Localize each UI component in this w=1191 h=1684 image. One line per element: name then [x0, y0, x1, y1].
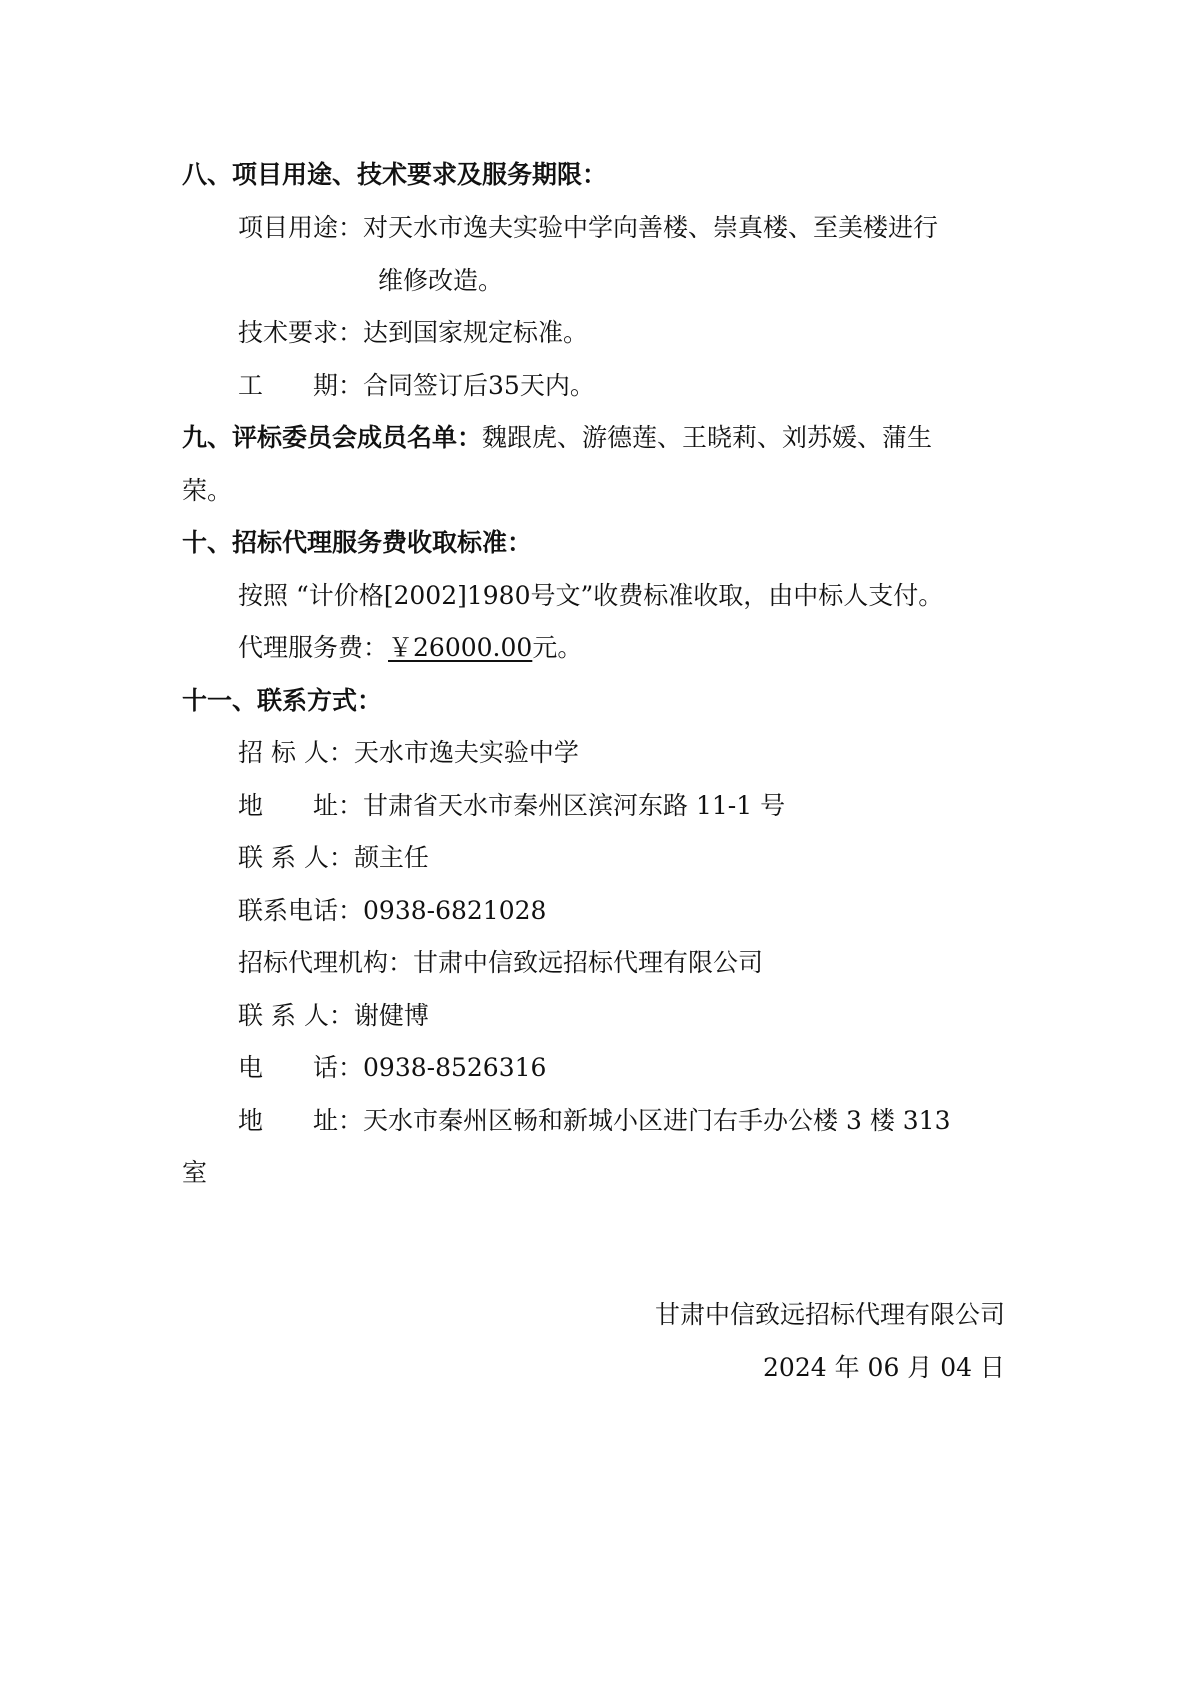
contact-label: 地 址：: [238, 1106, 363, 1135]
contact-value: 0938-8526316: [363, 1053, 546, 1082]
contact-label: 招标代理机构：: [238, 948, 413, 977]
signature-date: 2024 年 06 月 04 日: [763, 1353, 1005, 1383]
contact-row: 联 系 人：颉主任: [238, 843, 429, 873]
purpose-label: 项目用途：: [238, 213, 363, 242]
fee-suffix: 元。: [532, 633, 582, 662]
signature-company: 甘肃中信致远招标代理有限公司: [655, 1300, 1005, 1330]
contact-row: 地 址：天水市秦州区畅和新城小区进门右手办公楼 3 楼 313: [238, 1106, 950, 1136]
contact-value: 天水市逸夫实验中学: [354, 738, 579, 767]
period-value: 合同签订后35天内。: [363, 371, 595, 400]
section-11-heading: 十一、联系方式：: [182, 686, 382, 716]
contact-label: 联 系 人：: [238, 843, 354, 872]
purpose-value: 对天水市逸夫实验中学向善楼、崇真楼、至美楼进行: [363, 213, 938, 242]
contact-row: 招标代理机构：甘肃中信致远招标代理有限公司: [238, 948, 763, 978]
section-10-heading: 十、招标代理服务费收取标准：: [182, 528, 532, 558]
contact-label: 招 标 人：: [238, 738, 354, 767]
fee-amount: ￥26000.00: [388, 633, 532, 662]
contact-value: 天水市秦州区畅和新城小区进门右手办公楼 3 楼 313: [363, 1106, 950, 1135]
contact-value: 甘肃中信致远招标代理有限公司: [413, 948, 763, 977]
purpose-line: 项目用途：对天水市逸夫实验中学向善楼、崇真楼、至美楼进行: [238, 213, 938, 243]
tech-value: 达到国家规定标准。: [363, 318, 588, 347]
contact-value: 颉主任: [354, 843, 429, 872]
section-8-heading: 八、项目用途、技术要求及服务期限：: [182, 160, 607, 190]
address-continuation: 室: [182, 1158, 207, 1188]
contact-row: 地 址：甘肃省天水市秦州区滨河东路 11-1 号: [238, 791, 785, 821]
contact-label: 联 系 人：: [238, 1001, 354, 1030]
committee-members: 魏跟虎、游德莲、王晓莉、刘苏媛、蒲生: [482, 423, 932, 452]
contact-value: 0938-6821028: [363, 896, 546, 925]
fee-line: 代理服务费：￥26000.00元。: [238, 633, 582, 663]
contact-row: 联 系 人：谢健博: [238, 1001, 429, 1031]
fee-standard: 按照 “计价格[2002]1980号文”收费标准收取，由中标人支付。: [238, 581, 943, 611]
contact-row: 电 话：0938-8526316: [238, 1053, 546, 1083]
contact-label: 联系电话：: [238, 896, 363, 925]
contact-row: 招 标 人：天水市逸夫实验中学: [238, 738, 579, 768]
contact-value: 甘肃省天水市秦州区滨河东路 11-1 号: [363, 791, 785, 820]
period-line: 工 期：合同签订后35天内。: [238, 371, 595, 401]
contact-row: 联系电话：0938-6821028: [238, 896, 546, 926]
contact-label: 地 址：: [238, 791, 363, 820]
purpose-continuation: 维修改造。: [378, 266, 503, 296]
contact-value: 谢健博: [354, 1001, 429, 1030]
contact-label: 电 话：: [238, 1053, 363, 1082]
section-9-line: 九、评标委员会成员名单：魏跟虎、游德莲、王晓莉、刘苏媛、蒲生: [182, 423, 932, 453]
tech-label: 技术要求：: [238, 318, 363, 347]
committee-members-continuation: 荣。: [182, 476, 232, 506]
section-9-heading: 九、评标委员会成员名单：: [182, 423, 482, 452]
fee-label: 代理服务费：: [238, 633, 388, 662]
tech-line: 技术要求：达到国家规定标准。: [238, 318, 588, 348]
period-label: 工 期：: [238, 371, 363, 400]
